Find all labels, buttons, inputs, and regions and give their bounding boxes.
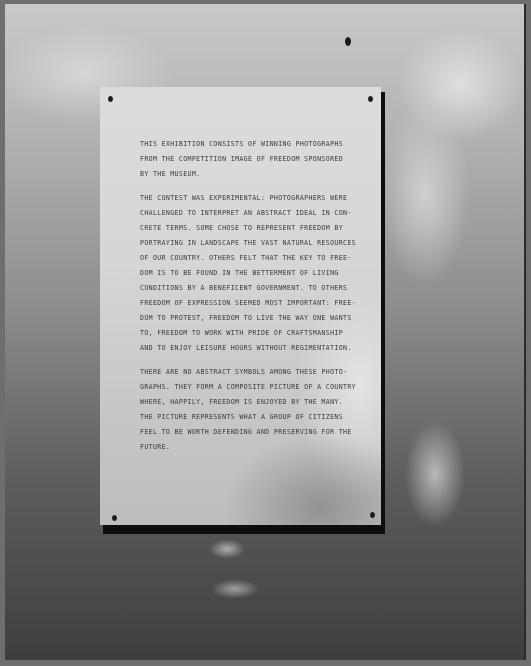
text-line: CRETE TERMS. SOME CHOSE TO REPRESENT FRE… [140,221,350,236]
text-line: THIS EXHIBITION CONSISTS OF WINNING PHOT… [140,137,350,152]
text-line: TO, FREEDOM TO WORK WITH PRIDE OF CRAFTS… [140,326,350,341]
text-line: AND TO ENJOY LEISURE HOURS WITHOUT REGIM… [140,341,350,356]
wall-nail-hole [345,37,351,46]
text-line: FROM THE COMPETITION IMAGE OF FREEDOM SP… [140,152,350,167]
text-line: OF OUR COUNTRY. OTHERS FELT THAT THE KEY… [140,251,350,266]
tack-bottom-left-icon [112,515,117,521]
tack-top-left-icon [108,96,113,102]
paragraph-intro: THIS EXHIBITION CONSISTS OF WINNING PHOT… [140,137,350,182]
text-line: DOM TO PROTEST, FREEDOM TO LIVE THE WAY … [140,311,350,326]
tack-top-right-icon [368,96,373,102]
text-line: CHALLENGED TO INTERPRET AN ABSTRACT IDEA… [140,206,350,221]
exhibition-placard: THIS EXHIBITION CONSISTS OF WINNING PHOT… [100,87,381,525]
text-line: THERE ARE NO ABSTRACT SYMBOLS AMONG THES… [140,365,350,380]
text-line: DOM IS TO BE FOUND IN THE BETTERMENT OF … [140,266,350,281]
text-line: THE PICTURE REPRESENTS WHAT A GROUP OF C… [140,410,350,425]
text-line: BY THE MUSEUM. [140,167,350,182]
text-line: GRAPHS. THEY FORM A COMPOSITE PICTURE OF… [140,380,350,395]
text-line: PORTRAYING IN LANDSCAPE THE VAST NATURAL… [140,236,350,251]
text-line: FUTURE. [140,440,350,455]
text-line: WHERE, HAPPILY, FREEDOM IS ENJOYED BY TH… [140,395,350,410]
paragraph-conclusion: THERE ARE NO ABSTRACT SYMBOLS AMONG THES… [140,365,350,455]
text-line: FREEDOM OF EXPRESSION SEEMED MOST IMPORT… [140,296,350,311]
placard-text: THIS EXHIBITION CONSISTS OF WINNING PHOT… [140,137,350,464]
text-line: CONDITIONS BY A BENEFICENT GOVERNMENT. T… [140,281,350,296]
text-line: THE CONTEST WAS EXPERIMENTAL: PHOTOGRAPH… [140,191,350,206]
text-line: FEEL TO BE WORTH DEFENDING AND PRESERVIN… [140,425,350,440]
paragraph-contest: THE CONTEST WAS EXPERIMENTAL: PHOTOGRAPH… [140,191,350,356]
tack-bottom-right-icon [370,512,375,518]
